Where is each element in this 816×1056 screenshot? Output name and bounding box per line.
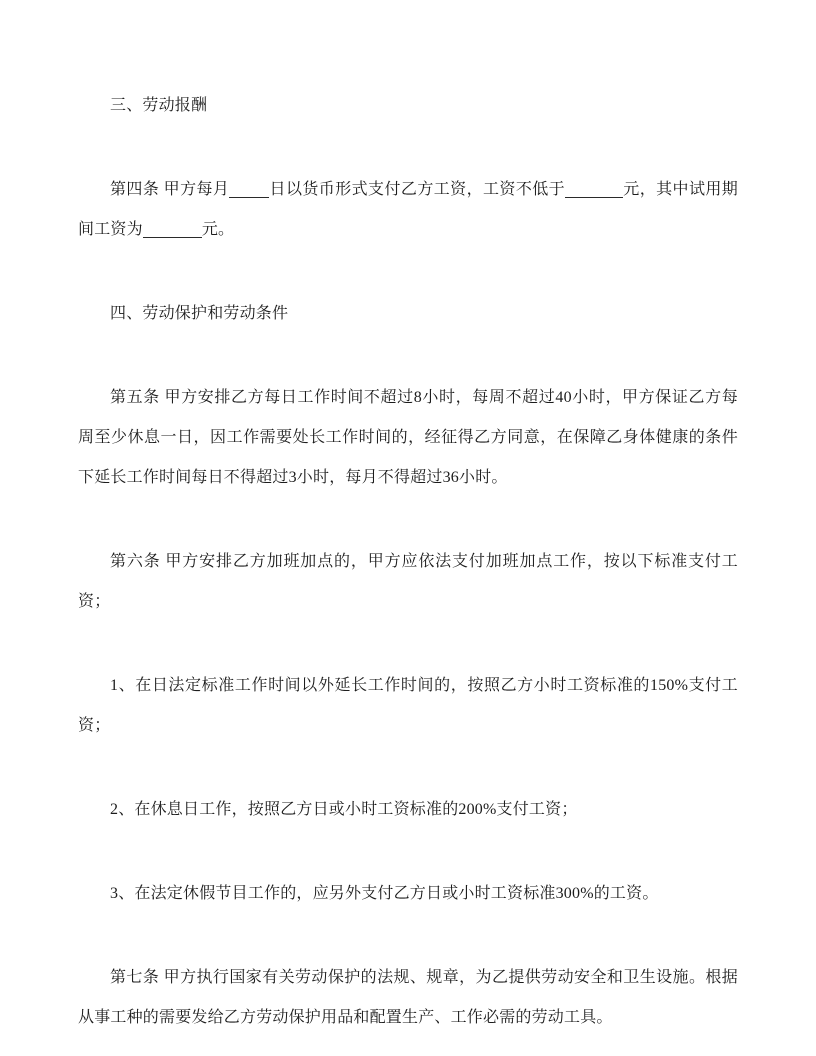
overtime-rate-item-2: 2、在休息日工作，按照乙方日或小时工资标准的200%支付工资；	[78, 790, 738, 830]
overtime-rate-item-1: 1、在日法定标准工作时间以外延长工作时间的，按照乙方小时工资标准的150%支付工…	[78, 666, 738, 746]
clause-6-text: 第六条 甲方安排乙方加班加点的，甲方应依法支付加班加点工作，按以下标准支付工资；	[78, 553, 738, 610]
section-heading-labor-compensation: 三、劳动报酬	[78, 86, 738, 126]
contract-document-page: 三、劳动报酬 第四条 甲方每月日以货币形式支付乙方工资，工资不低于元，其中试用期…	[0, 0, 816, 1056]
overtime-rate-item-1-text: 1、在日法定标准工作时间以外延长工作时间的，按照乙方小时工资标准的150%支付工…	[78, 677, 738, 734]
clause-4-segment-2: 日以货币形式支付乙方工资，工资不低于	[269, 181, 565, 198]
overtime-rate-item-3-text: 3、在法定休假节目工作的，应另外支付乙方日或小时工资标准300%的工资。	[110, 885, 659, 902]
clause-5-text: 第五条 甲方安排乙方每日工作时间不超过8小时，每周不超过40小时，甲方保证乙方每…	[78, 389, 738, 486]
overtime-rate-item-3: 3、在法定休假节目工作的，应另外支付乙方日或小时工资标准300%的工资。	[78, 874, 738, 914]
clause-5-paragraph: 第五条 甲方安排乙方每日工作时间不超过8小时，每周不超过40小时，甲方保证乙方每…	[78, 378, 738, 498]
clause-7-paragraph: 第七条 甲方执行国家有关劳动保护的法规、规章，为乙提供劳动安全和卫生设施。根据从…	[78, 958, 738, 1038]
clause-4-segment-4: 元。	[202, 221, 234, 238]
probation-wage-fill-in-blank	[143, 223, 202, 238]
payday-fill-in-blank	[229, 183, 269, 198]
section-heading-text: 四、劳动保护和劳动条件	[110, 305, 288, 322]
clause-4-paragraph: 第四条 甲方每月日以货币形式支付乙方工资，工资不低于元，其中试用期间工资为元。	[78, 170, 738, 250]
minimum-wage-fill-in-blank	[565, 183, 623, 198]
section-heading-text: 三、劳动报酬	[110, 97, 207, 114]
clause-4-segment-1: 第四条 甲方每月	[110, 181, 229, 198]
overtime-rate-item-2-text: 2、在休息日工作，按照乙方日或小时工资标准的200%支付工资；	[110, 801, 578, 818]
section-heading-labor-protection: 四、劳动保护和劳动条件	[78, 294, 738, 334]
clause-6-paragraph: 第六条 甲方安排乙方加班加点的，甲方应依法支付加班加点工作，按以下标准支付工资；	[78, 542, 738, 622]
clause-7-text: 第七条 甲方执行国家有关劳动保护的法规、规章，为乙提供劳动安全和卫生设施。根据从…	[78, 969, 738, 1026]
